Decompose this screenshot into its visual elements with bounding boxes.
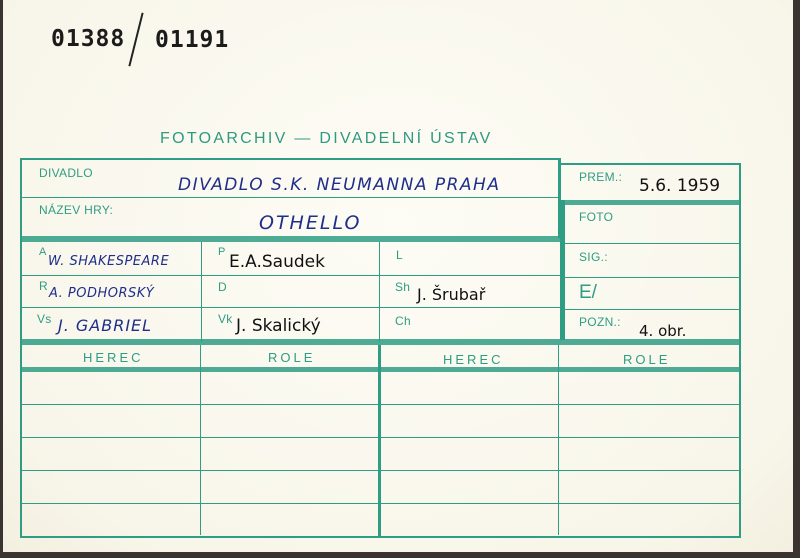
l-label: L	[396, 248, 403, 262]
archive-card: 01388 01191 FOTOARCHIV — DIVADELNÍ ÚSTAV…	[3, 0, 793, 552]
frame-line	[561, 163, 741, 165]
archive-number-secondary: 01191	[155, 27, 229, 53]
vs-value[interactable]: J. GABRIEL	[58, 316, 152, 335]
vs-label: Vs	[37, 312, 52, 326]
card-header: FOTOARCHIV — DIVADELNÍ ÚSTAV	[160, 130, 493, 148]
row-line	[563, 309, 739, 310]
d-label: D	[218, 280, 227, 294]
thick-divider	[21, 236, 561, 242]
e-label: E/	[579, 282, 597, 304]
frame-line	[20, 536, 741, 538]
nazev-hry-label: NÁZEV HRY:	[39, 203, 113, 217]
archive-number: 01388	[51, 26, 125, 52]
row-line	[22, 275, 560, 276]
vk-label: Vk	[218, 312, 233, 326]
cast-header-role-2: ROLE	[623, 352, 670, 367]
row-line	[563, 277, 739, 278]
frame-line	[739, 163, 741, 538]
cast-header-role-1: ROLE	[268, 350, 315, 365]
cast-header-herec-1: HEREC	[83, 350, 144, 365]
frame-line	[21, 158, 561, 160]
divadlo-value[interactable]: DIVADLO S.K. NEUMANNA PRAHA	[178, 175, 500, 195]
slash-mark	[128, 13, 143, 67]
vk-value[interactable]: J. Skalický	[236, 316, 321, 336]
a-value[interactable]: W. SHAKESPEARE	[48, 254, 169, 269]
r-label: R	[39, 279, 48, 293]
p-label: P	[218, 246, 226, 258]
pozn-label: POZN.:	[579, 315, 621, 329]
cast-header-herec-2: HEREC	[443, 352, 504, 367]
thick-divider	[21, 339, 741, 345]
prem-label: PREM.:	[579, 170, 622, 184]
frame-line	[560, 200, 565, 340]
divadlo-label: DIVADLO	[39, 166, 93, 180]
row-line	[563, 243, 739, 244]
table-row[interactable]	[22, 438, 739, 470]
prem-value[interactable]: 5.6. 1959	[639, 176, 720, 196]
pozn-value[interactable]: 4. obr.	[639, 322, 686, 340]
r-value[interactable]: A. PODHORSKÝ	[49, 286, 154, 301]
row-line	[22, 197, 559, 198]
table-row[interactable]	[22, 471, 739, 503]
sh-value[interactable]: J. Šrubař	[417, 285, 485, 304]
row-line	[22, 307, 560, 308]
table-row[interactable]	[22, 405, 739, 437]
nazev-hry-value[interactable]: OTHELLO	[259, 212, 361, 234]
table-row[interactable]	[22, 504, 739, 536]
p-value[interactable]: E.A.Saudek	[229, 252, 325, 272]
thick-divider	[561, 200, 741, 205]
frame-line	[201, 242, 202, 342]
foto-label: FOTO	[579, 210, 613, 224]
table-row[interactable]	[22, 372, 739, 404]
a-label: A	[39, 246, 47, 258]
frame-line	[379, 242, 380, 342]
sig-label: SIG.:	[579, 250, 608, 264]
ch-label: Ch	[395, 314, 411, 328]
sh-label: Sh	[395, 280, 410, 294]
